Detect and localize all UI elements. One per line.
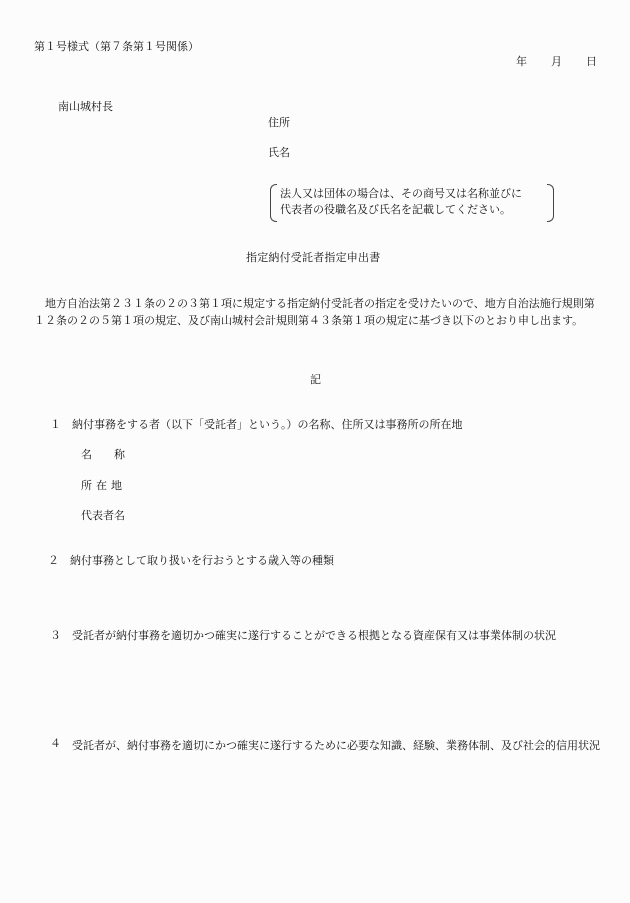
date-line: 年月日	[516, 56, 597, 67]
corporate-note-line-2: 代表者の役職名及び氏名を記載してください。	[280, 204, 511, 215]
ki-heading: 記	[310, 374, 321, 385]
item-3-number: ３	[50, 630, 61, 641]
sub-field-name: 名称	[81, 449, 125, 460]
applicant-address-label: 住所	[268, 117, 290, 128]
applicant-name-label: 氏名	[268, 147, 290, 158]
sub-field-location: 所在地	[81, 480, 126, 491]
item-1-number: １	[50, 419, 61, 430]
item-1-text: 納付事務をする者（以下「受託者」という。）の名称、住所又は事務所の所在地	[72, 419, 463, 430]
sub-field-name-part2: 称	[114, 448, 125, 461]
item-2-number: ２	[48, 555, 59, 566]
document-title: 指定納付受託者指定申出書	[246, 252, 380, 263]
corporate-note-line-1: 法人又は団体の場合は、その商号又は名称並びに	[280, 188, 522, 199]
corporate-note: 法人又は団体の場合は、その商号又は名称並びに 代表者の役職名及び氏名を記載してく…	[270, 184, 554, 220]
item-4-text: 受託者が、納付事務を適切にかつ確実に遂行するために必要な知識、経験、業務体制、及…	[72, 738, 602, 754]
item-3-text: 受託者が納付事務を適切かつ確実に遂行することができる根拠となる資産保有又は事業体…	[72, 630, 556, 641]
addressee: 南山城村長	[58, 101, 113, 112]
date-month-label: 月	[551, 56, 562, 67]
item-4-number: ４	[50, 738, 61, 749]
left-bracket	[270, 184, 277, 222]
right-bracket	[547, 184, 554, 222]
date-year-label: 年	[516, 56, 527, 67]
date-day-label: 日	[586, 56, 597, 67]
form-number: 第１号様式（第７条第１号関係）	[34, 41, 199, 52]
sub-field-name-part1: 名	[81, 448, 92, 461]
sub-field-representative: 代表者名	[81, 510, 125, 521]
item-2-text: 納付事務として取り扱いを行おうとする歳入等の種類	[70, 555, 334, 566]
body-paragraph: 地方自治法第２３１条の２の３第１項に規定する指定納付受託者の指定を受けたいので、…	[34, 296, 598, 329]
